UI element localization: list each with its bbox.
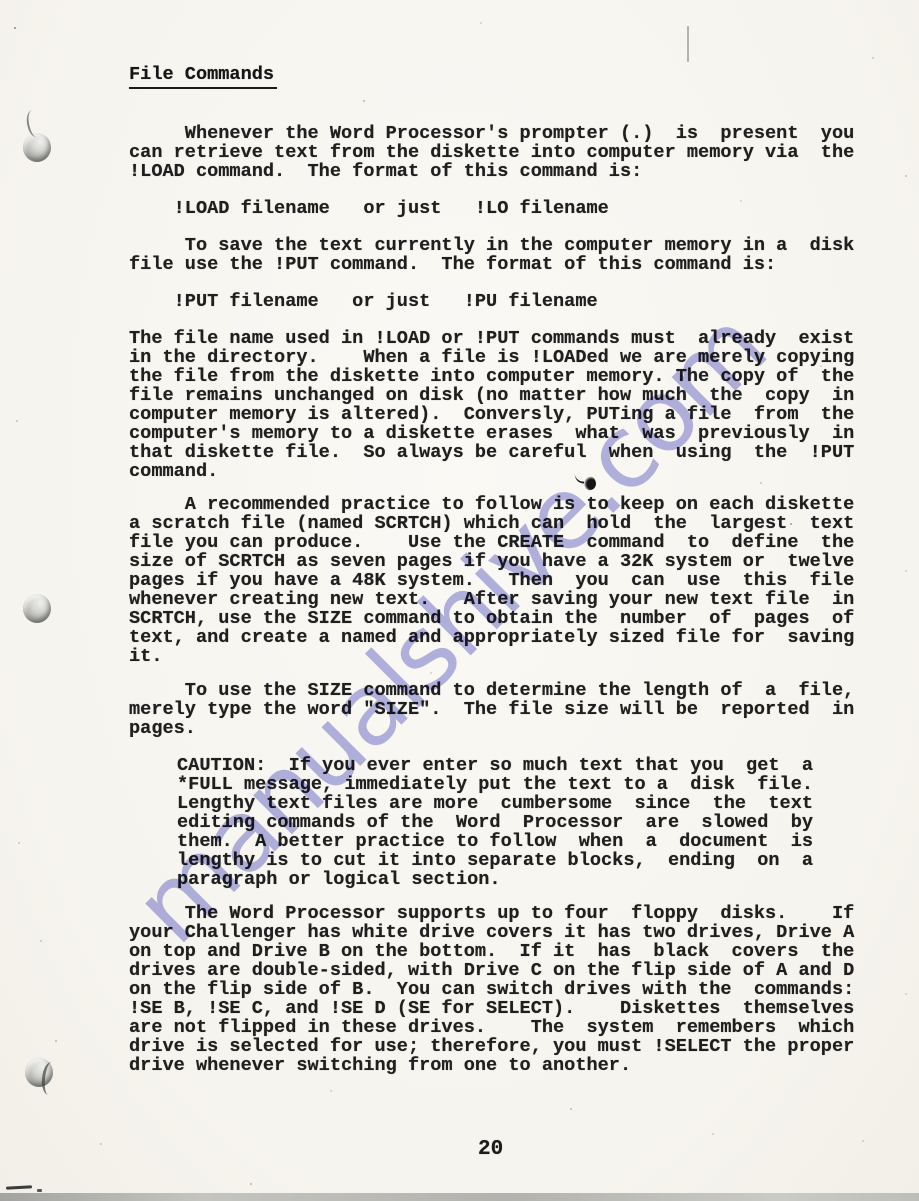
punch-hole-top: [23, 133, 51, 162]
page-number: 20: [478, 1138, 503, 1162]
filename-rules-paragraph: The file name used in !LOAD or !PUT comm…: [129, 329, 854, 481]
put-command-line: !PUT filename or just !PU filename: [129, 292, 598, 311]
scratch-file-paragraph: A recommended practice to follow is to k…: [129, 495, 854, 666]
intro-load-paragraph: Whenever the Word Processor's prompter (…: [129, 124, 854, 181]
punch-hole-middle: [23, 594, 51, 623]
drives-paragraph: The Word Processor supports up to four f…: [129, 904, 854, 1075]
caution-block: CAUTION: If you ever enter so much text …: [177, 756, 813, 889]
pen-squiggle-mark: [24, 109, 43, 138]
scan-edge-band: [0, 1193, 919, 1201]
scan-dash-mark: [6, 1185, 32, 1189]
page-title: File Commands: [129, 63, 277, 89]
paper-speckles: [0, 0, 2, 2]
scan-dot-mark: [37, 1189, 42, 1192]
load-command-line: !LOAD filename or just !LO filename: [129, 199, 609, 218]
scanned-manual-page: File Commands Whenever the Word Processo…: [0, 0, 919, 1201]
put-paragraph: To save the text currently in the comput…: [129, 236, 854, 274]
size-command-paragraph: To use the SIZE command to determine the…: [129, 681, 854, 738]
scan-mark-top: [687, 26, 689, 62]
